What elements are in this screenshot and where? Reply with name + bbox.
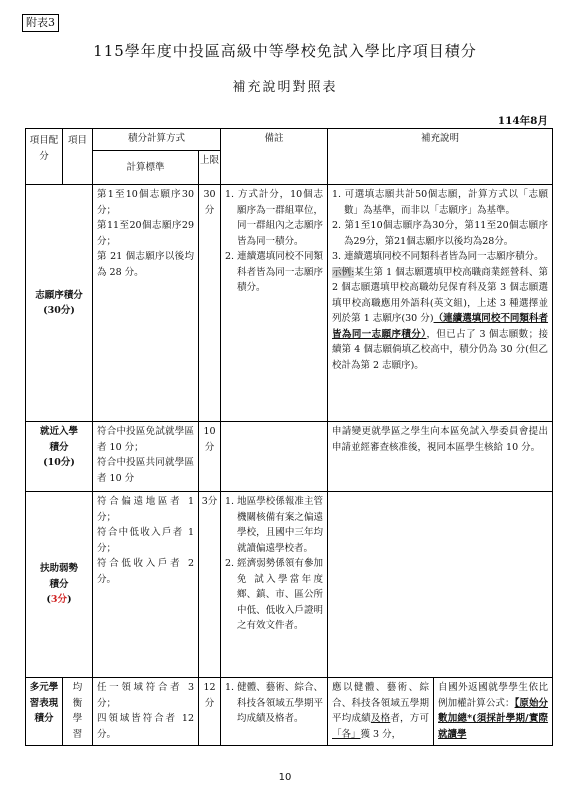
item-score-cell: 扶助弱勢積分 (3分) xyxy=(26,492,93,678)
remark-item: 2. 經濟弱勢係領有參加免 試入學當年度鄉、鎮、市、區公所中低、低收入戶證明之有… xyxy=(225,556,323,634)
item-score-points: (3分) xyxy=(30,592,88,608)
document-subtitle: 補充說明對照表 xyxy=(0,76,570,95)
cap-cell: 12分 xyxy=(199,678,221,746)
remarks-cell: 1. 健體、藝術、綜合、科技各領域五學期平均成績及格者。 xyxy=(221,678,328,746)
standard-line: 第11至20個志願序29分； xyxy=(97,218,194,249)
remarks-cell xyxy=(221,422,328,492)
header-calc-standard: 計算標準 xyxy=(93,151,199,185)
supplement-item: 2. 第1至10個志願序為30分，第11至20個志願序為29分，第21個志願序以… xyxy=(332,218,548,249)
item-score-name: 就近入學積分 xyxy=(30,424,88,455)
standard-line: 任一領域符合者 3 分； xyxy=(97,680,194,711)
item-score-cell: 就近入學積分 (10分) xyxy=(26,422,93,492)
table-row: 多元學習表現積分 均衡學習 任一領域符合者 3 分； 四領域皆符合者 12 分。… xyxy=(26,678,553,746)
remarks-cell: 1. 地區學校係報准主管機關核備有案之偏遠學校，且國中三年均就讀偏遠學校者。 2… xyxy=(221,492,328,678)
remark-item: 1. 方式計分，10個志願序為一群組單位，同一群組內之志願序皆為同一積分。 xyxy=(225,187,323,249)
standard-line: 符合中低收入戶者 1 分； xyxy=(97,525,194,556)
item-score-name: 志願序積分 xyxy=(30,288,88,304)
example-block: 示例:某生第 1 個志願選填甲校高職商業經營科、第 2 個志願選填甲校高職幼兒保… xyxy=(332,265,548,374)
standard-line: 第 21 個志願序以後均為 28 分。 xyxy=(97,249,194,280)
item-score-cell: 志願序積分 (30分) xyxy=(26,185,93,422)
supplement-item: 3. 連續選填同校不同類科者皆為同一志願序積分。 xyxy=(332,249,548,265)
item-score-cell: 多元學習表現積分 xyxy=(26,678,63,746)
table-row: 扶助弱勢積分 (3分) 符合偏遠地區者 1 分； 符合中低收入戶者 1 分； 符… xyxy=(26,492,553,678)
standard-line: 四領域皆符合者 12 分。 xyxy=(97,711,194,742)
appendix-tag: 附表3 xyxy=(22,14,59,32)
standard-line: 第1至10個志願序30分； xyxy=(97,187,194,218)
item-score-points: (30分) xyxy=(30,303,88,319)
document-date: 114年8月 xyxy=(498,113,548,128)
supplement-cell: 申請變更就學區之學生向本區免試入學委員會提出申請並經審查核准後，視同本區學生核給… xyxy=(328,422,553,492)
table-row: 就近入學積分 (10分) 符合中投區免試就學區者 10 分； 符合中投區共同就學… xyxy=(26,422,553,492)
item-score-name: 多元學習表現積分 xyxy=(29,680,59,727)
supplement-item: 1. 可選填志願共計50個志願，計算方式以「志願數」為基準，而非以「志願序」為基… xyxy=(332,187,548,218)
item-score-points: (10分) xyxy=(30,455,88,471)
supplement-cell-b: 自國外返國就學學生依比例加權計算公式：【原始分數加總*(須採計學期/實際就讀學 xyxy=(434,678,553,746)
scoring-table: 項目配分 項目 積分計算方式 備註 補充說明 計算標準 上限 志願序積分 (30… xyxy=(25,128,553,746)
supplement-cell xyxy=(328,492,553,678)
header-cap: 上限 xyxy=(199,151,221,185)
example-label: 示例: xyxy=(332,267,354,278)
standard-line: 符合偏遠地區者 1 分； xyxy=(97,494,194,525)
calc-standard-cell: 符合中投區免試就學區者 10 分； 符合中投區共同就學區者 10 分 xyxy=(93,422,199,492)
header-supplement: 補充說明 xyxy=(328,129,553,185)
header-item: 項目 xyxy=(63,129,93,185)
item-cell: 均衡學習 xyxy=(63,678,93,746)
cap-cell: 10分 xyxy=(199,422,221,492)
calc-standard-cell: 符合偏遠地區者 1 分； 符合中低收入戶者 1 分； 符合低收入戶者 2 分。 xyxy=(93,492,199,678)
item-score-name: 扶助弱勢積分 xyxy=(30,561,88,592)
document-title: 115學年度中投區高級中等學校免試入學比序項目積分 xyxy=(0,40,570,61)
header-remarks: 備註 xyxy=(221,129,328,185)
header-calc-method: 積分計算方式 xyxy=(93,129,221,151)
remark-item: 2. 連續選填同校不同類科者皆為同一志願序積分。 xyxy=(225,249,323,296)
remarks-cell: 1. 方式計分，10個志願序為一群組單位，同一群組內之志願序皆為同一積分。 2.… xyxy=(221,185,328,422)
standard-line: 符合中投區免試就學區者 10 分； xyxy=(97,424,194,455)
table-header-row: 項目配分 項目 積分計算方式 備註 補充說明 xyxy=(26,129,553,151)
table-row: 志願序積分 (30分) 第1至10個志願序30分； 第11至20個志願序29分；… xyxy=(26,185,553,422)
standard-line: 符合低收入戶者 2 分。 xyxy=(97,556,194,587)
cap-cell: 3分 xyxy=(199,492,221,678)
header-item-score: 項目配分 xyxy=(26,129,63,185)
calc-standard-cell: 第1至10個志願序30分； 第11至20個志願序29分； 第 21 個志願序以後… xyxy=(93,185,199,422)
calc-standard-cell: 任一領域符合者 3 分； 四領域皆符合者 12 分。 xyxy=(93,678,199,746)
remark-item: 1. 地區學校係報准主管機關核備有案之偏遠學校，且國中三年均就讀偏遠學校者。 xyxy=(225,494,323,556)
supplement-cell: 1. 可選填志願共計50個志願，計算方式以「志願數」為基準，而非以「志願序」為基… xyxy=(328,185,553,422)
remark-item: 1. 健體、藝術、綜合、科技各領域五學期平均成績及格者。 xyxy=(225,680,323,727)
standard-line: 符合中投區共同就學區者 10 分 xyxy=(97,455,194,486)
cap-cell: 30分 xyxy=(199,185,221,422)
supplement-cell-a: 應以健體、藝術、綜合、科技各領域五學期平均成績及格者，方可「各」獲 3 分， xyxy=(328,678,434,746)
page-number: 10 xyxy=(0,772,570,783)
